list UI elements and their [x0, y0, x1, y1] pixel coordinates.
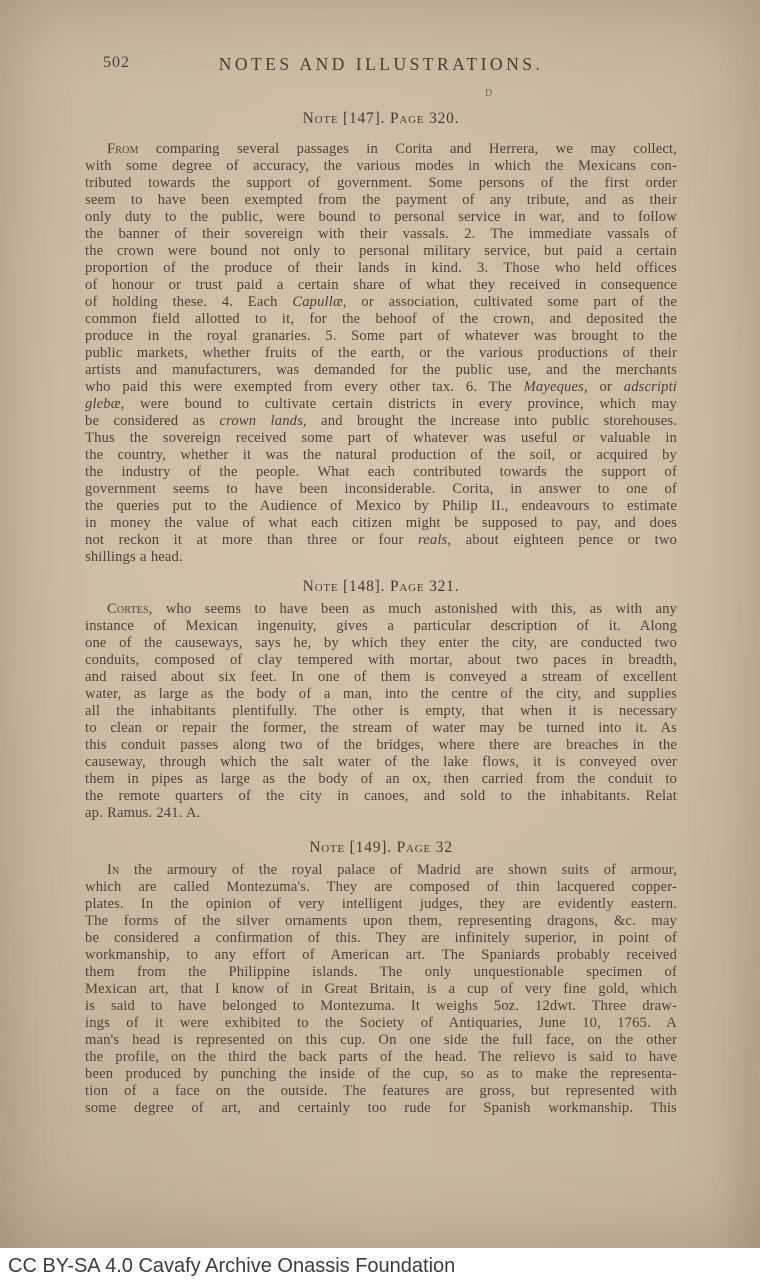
text-line: not reckon it at more than three or four… [85, 532, 677, 549]
text-line: of holding these. 4. Each Capullæ, or as… [85, 294, 677, 311]
text-line: all the inhabitants plentifully. The oth… [85, 703, 677, 720]
text-line: common field allotted to it, for the beh… [85, 311, 677, 328]
text-line: and raised about six feet. In one of the… [85, 669, 677, 686]
page-number: 502 [103, 54, 130, 72]
note-149-heading: Note [149]. Page 32 [85, 839, 677, 857]
text-line: workmanship, to any effort of American a… [85, 947, 677, 964]
text-line: From comparing several passages in Corit… [85, 141, 677, 158]
note-148: Note [148]. Page 321. Cortes, who seems … [85, 578, 677, 822]
license-text: CC BY-SA 4.0 Cavafy Archive Onassis Foun… [8, 1255, 455, 1278]
running-header-title: NOTES AND ILLUSTRATIONS. [85, 54, 677, 75]
note-148-heading: Note [148]. Page 321. [85, 578, 677, 596]
text-line: In the armoury of the royal palace of Ma… [85, 862, 677, 879]
text-line: with some degree of accuracy, the variou… [85, 158, 677, 175]
text-line: proportion of the produce of their lands… [85, 260, 677, 277]
note-148-body: Cortes, who seems to have been as much a… [85, 601, 677, 822]
text-line: be considered as crown lands, and brough… [85, 413, 677, 430]
text-line: which are called Montezuma's. They are c… [85, 879, 677, 896]
text-line: the queries put to the Audience of Mexic… [85, 498, 677, 515]
text-line: them from the Philippine islands. The on… [85, 964, 677, 981]
text-line: the country, whether it was the natural … [85, 447, 677, 464]
note-149-body: In the armoury of the royal palace of Ma… [85, 862, 677, 1117]
text-line: some degree of art, and certainly too ru… [85, 1100, 677, 1117]
text-line: is said to have belonged to Montezuma. I… [85, 998, 677, 1015]
text-line: in money the value of what each citizen … [85, 515, 677, 532]
text-line: Cortes, who seems to have been as much a… [85, 601, 677, 618]
note-147-body: From comparing several passages in Corit… [85, 141, 677, 566]
text-line: to clean or repair the former, the strea… [85, 720, 677, 737]
text-line: be considered a confirmation of this. Th… [85, 930, 677, 947]
text-line: of honour or trust paid a certain share … [85, 277, 677, 294]
lead-word: From [107, 141, 139, 157]
lead-word: In [107, 862, 119, 878]
text-line: plates. In the opinion of very intellige… [85, 896, 677, 913]
text-line: Thus the sovereign received some part of… [85, 430, 677, 447]
text-line: the industry of the people. What each co… [85, 464, 677, 481]
text-line: who paid this were exempted from every o… [85, 379, 677, 396]
text-line: The forms of the silver ornaments upon t… [85, 913, 677, 930]
text-line: tion of a face on the outside. The featu… [85, 1083, 677, 1100]
scanned-book-page: 502 NOTES AND ILLUSTRATIONS. D Note [147… [0, 0, 760, 1248]
text-line: public markets, whether fruits of the ea… [85, 345, 677, 362]
license-bar: CC BY-SA 4.0 Cavafy Archive Onassis Foun… [0, 1248, 760, 1284]
lead-word: Cortes, [107, 601, 153, 617]
text-line: the profile, on the third the back parts… [85, 1049, 677, 1066]
text-line: shillings a head. [85, 549, 677, 566]
text-line: produce in the royal granaries. 5. Some … [85, 328, 677, 345]
text-line: seem to have been exempted from the paym… [85, 192, 677, 209]
text-line: instance of Mexican ingenuity, gives a p… [85, 618, 677, 635]
text-line: Mexican art, that I know of in Great Bri… [85, 981, 677, 998]
printer-mark: D [485, 88, 492, 99]
text-line: been produced by punching the inside of … [85, 1066, 677, 1083]
text-line: water, as large as the body of a man, in… [85, 686, 677, 703]
text-line: the banner of their sovereign with their… [85, 226, 677, 243]
text-line: the crown were bound not only to persona… [85, 243, 677, 260]
book-scan-viewport: 502 NOTES AND ILLUSTRATIONS. D Note [147… [0, 0, 760, 1284]
text-line: tributed towards the support of governme… [85, 175, 677, 192]
note-149: Note [149]. Page 32 In the armoury of th… [85, 839, 677, 1117]
text-line: this conduit passes along two of the bri… [85, 737, 677, 754]
text-line: them in pipes as large as the body of an… [85, 771, 677, 788]
text-line: ap. Ramus. 241. A. [85, 805, 677, 822]
text-line: the remote quarters of the city in canoe… [85, 788, 677, 805]
page-content: 502 NOTES AND ILLUSTRATIONS. D Note [147… [85, 0, 677, 1117]
text-line: conduits, composed of clay tempered with… [85, 652, 677, 669]
note-147: Note [147]. Page 320. From comparing sev… [85, 110, 677, 566]
text-line: ings of it were exhibited to the Society… [85, 1015, 677, 1032]
text-line: one of the causeways, says he, by which … [85, 635, 677, 652]
text-line: glebæ, were bound to cultivate certain d… [85, 396, 677, 413]
text-line: only duty to the public, were bound to p… [85, 209, 677, 226]
text-line: artists and manufacturers, was demanded … [85, 362, 677, 379]
running-head: 502 NOTES AND ILLUSTRATIONS. D [85, 54, 677, 76]
note-147-heading: Note [147]. Page 320. [85, 110, 677, 128]
text-line: man's head is represented on this cup. O… [85, 1032, 677, 1049]
text-line: government seems to have been inconsider… [85, 481, 677, 498]
text-line: causeway, through which the salt water o… [85, 754, 677, 771]
